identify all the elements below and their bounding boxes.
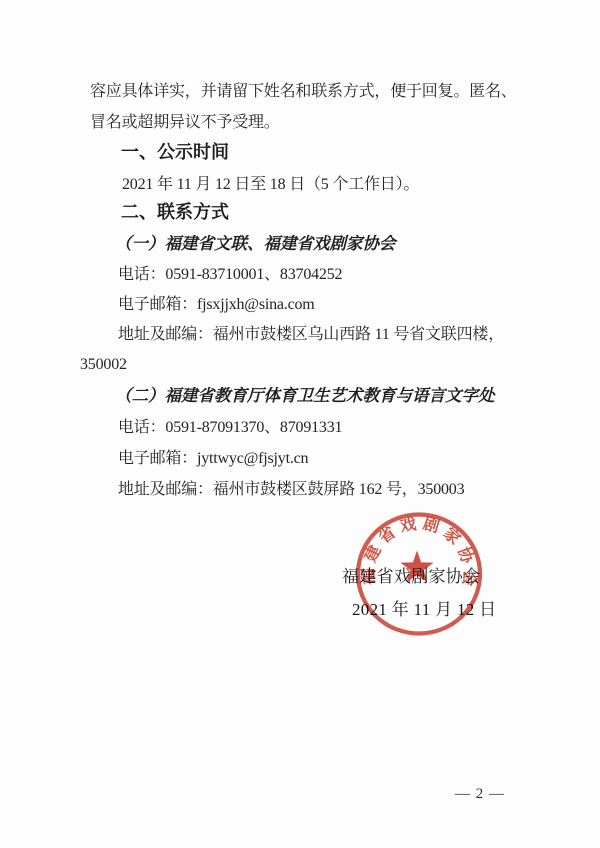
section1-body: 2021 年 11 月 12 日至 18 日（5 个工作日）。 [122,174,419,195]
org2-phone: 电话：0591-87091370、87091331 [118,417,342,438]
intro-line-2: 冒名或超期异议不予受理。 [90,112,280,133]
org1-address-line2: 350002 [80,354,127,375]
page-number: — 2 — [455,786,505,803]
org1-email: 电子邮箱：fjsxjjxh@sina.com [118,294,315,315]
intro-line-1: 容应具体详实，并请留下姓名和联系方式，便于回复。匿名、 [90,81,517,102]
org1-address-line1: 地址及邮编：福州市鼓楼区乌山西路 11 号省文联四楼， [118,324,504,345]
org1-title: （一）福建省文联、福建省戏剧家协会 [115,233,396,254]
org2-address: 地址及邮编：福州市鼓楼区鼓屏路 162 号，350003 [118,479,464,500]
seal-ring-text-container: 福建省戏剧家协会 [359,514,480,593]
org2-email: 电子邮箱：jyttwyc@fjsjyt.cn [118,448,308,469]
section2-heading: 二、联系方式 [121,202,229,223]
org2-title: （二）福建省教育厅体育卫生艺术教育与语言文字处 [115,385,495,406]
official-seal-stamp: 福建省戏剧家协会 [353,510,485,640]
section1-heading: 一、公示时间 [121,142,229,163]
red-star-icon [400,551,433,583]
scanned-document-page: { "colors": { "paper": "#fdfdfd", "ink":… [0,0,600,848]
org1-phone: 电话：0591-83710001、83704252 [118,264,342,285]
seal-ring-text: 福建省戏剧家协会 [359,514,480,593]
